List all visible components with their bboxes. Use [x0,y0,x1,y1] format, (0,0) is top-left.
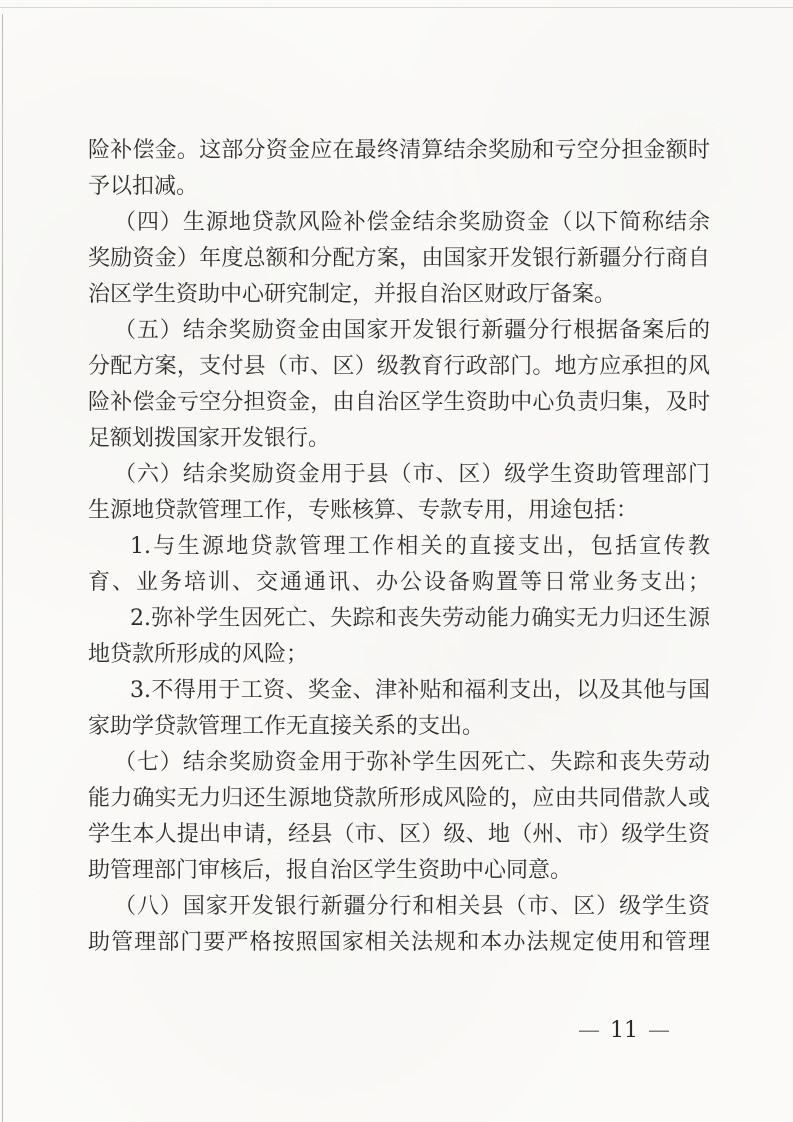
text-line: 2.弥补学生因死亡、失踪和丧失劳动能力确实无力归还生源 [88,601,710,637]
text-line: （六）结余奖励资金用于县（市、区）级学生资助管理部门 [88,457,710,493]
text-line: 奖励资金）年度总额和分配方案，由国家开发银行新疆分行商自 [88,241,710,277]
page-number: 11 [610,1018,638,1043]
text-line: 险补偿金亏空分担资金，由自治区学生资助中心负责归集，及时 [88,385,710,421]
text-line: 分配方案，支付县（市、区）级教育行政部门。地方应承担的风 [88,349,710,385]
text-line: 育、业务培训、交通通讯、办公设备购置等日常业务支出； [88,565,710,601]
text-line: 助管理部门要严格按照国家相关法规和本办法规定使用和管理 [88,925,710,961]
scanned-document-page: 险补偿金。这部分资金应在最终清算结余奖励和亏空分担金额时予以扣减。（四）生源地贷… [0,0,793,1122]
text-line: 生源地贷款管理工作，专账核算、专款专用，用途包括： [88,493,710,529]
text-line: 能力确实无力归还生源地贷款所形成风险的，应由共同借款人或 [88,781,710,817]
text-line: （七）结余奖励资金用于弥补学生因死亡、失踪和丧失劳动 [88,745,710,781]
text-line: （四）生源地贷款风险补偿金结余奖励资金（以下简称结余 [88,205,710,241]
text-line: 地贷款所形成的风险； [88,637,710,673]
page-footer: —11— [578,1018,670,1043]
text-line: （八）国家开发银行新疆分行和相关县（市、区）级学生资 [88,889,710,925]
text-line: 予以扣减。 [88,169,710,205]
text-line: 助管理部门审核后，报自治区学生资助中心同意。 [88,853,710,889]
text-line: 险补偿金。这部分资金应在最终清算结余奖励和亏空分担金额时 [88,133,710,169]
footer-dash-left: — [578,1018,600,1043]
text-line: （五）结余奖励资金由国家开发银行新疆分行根据备案后的 [88,313,710,349]
text-line: 学生本人提出申请，经县（市、区）级、地（州、市）级学生资 [88,817,710,853]
text-line: 足额划拨国家开发银行。 [88,421,710,457]
text-line: 3.不得用于工资、奖金、津补贴和福利支出，以及其他与国 [88,673,710,709]
text-line: 治区学生资助中心研究制定，并报自治区财政厅备案。 [88,277,710,313]
text-line: 家助学贷款管理工作无直接关系的支出。 [88,709,710,745]
text-line: 1.与生源地贷款管理工作相关的直接支出，包括宣传教 [88,529,710,565]
document-body: 险补偿金。这部分资金应在最终清算结余奖励和亏空分担金额时予以扣减。（四）生源地贷… [88,133,710,961]
scan-edge-top [0,7,793,8]
scan-edge-left [2,14,3,1122]
footer-dash-right: — [648,1018,670,1043]
